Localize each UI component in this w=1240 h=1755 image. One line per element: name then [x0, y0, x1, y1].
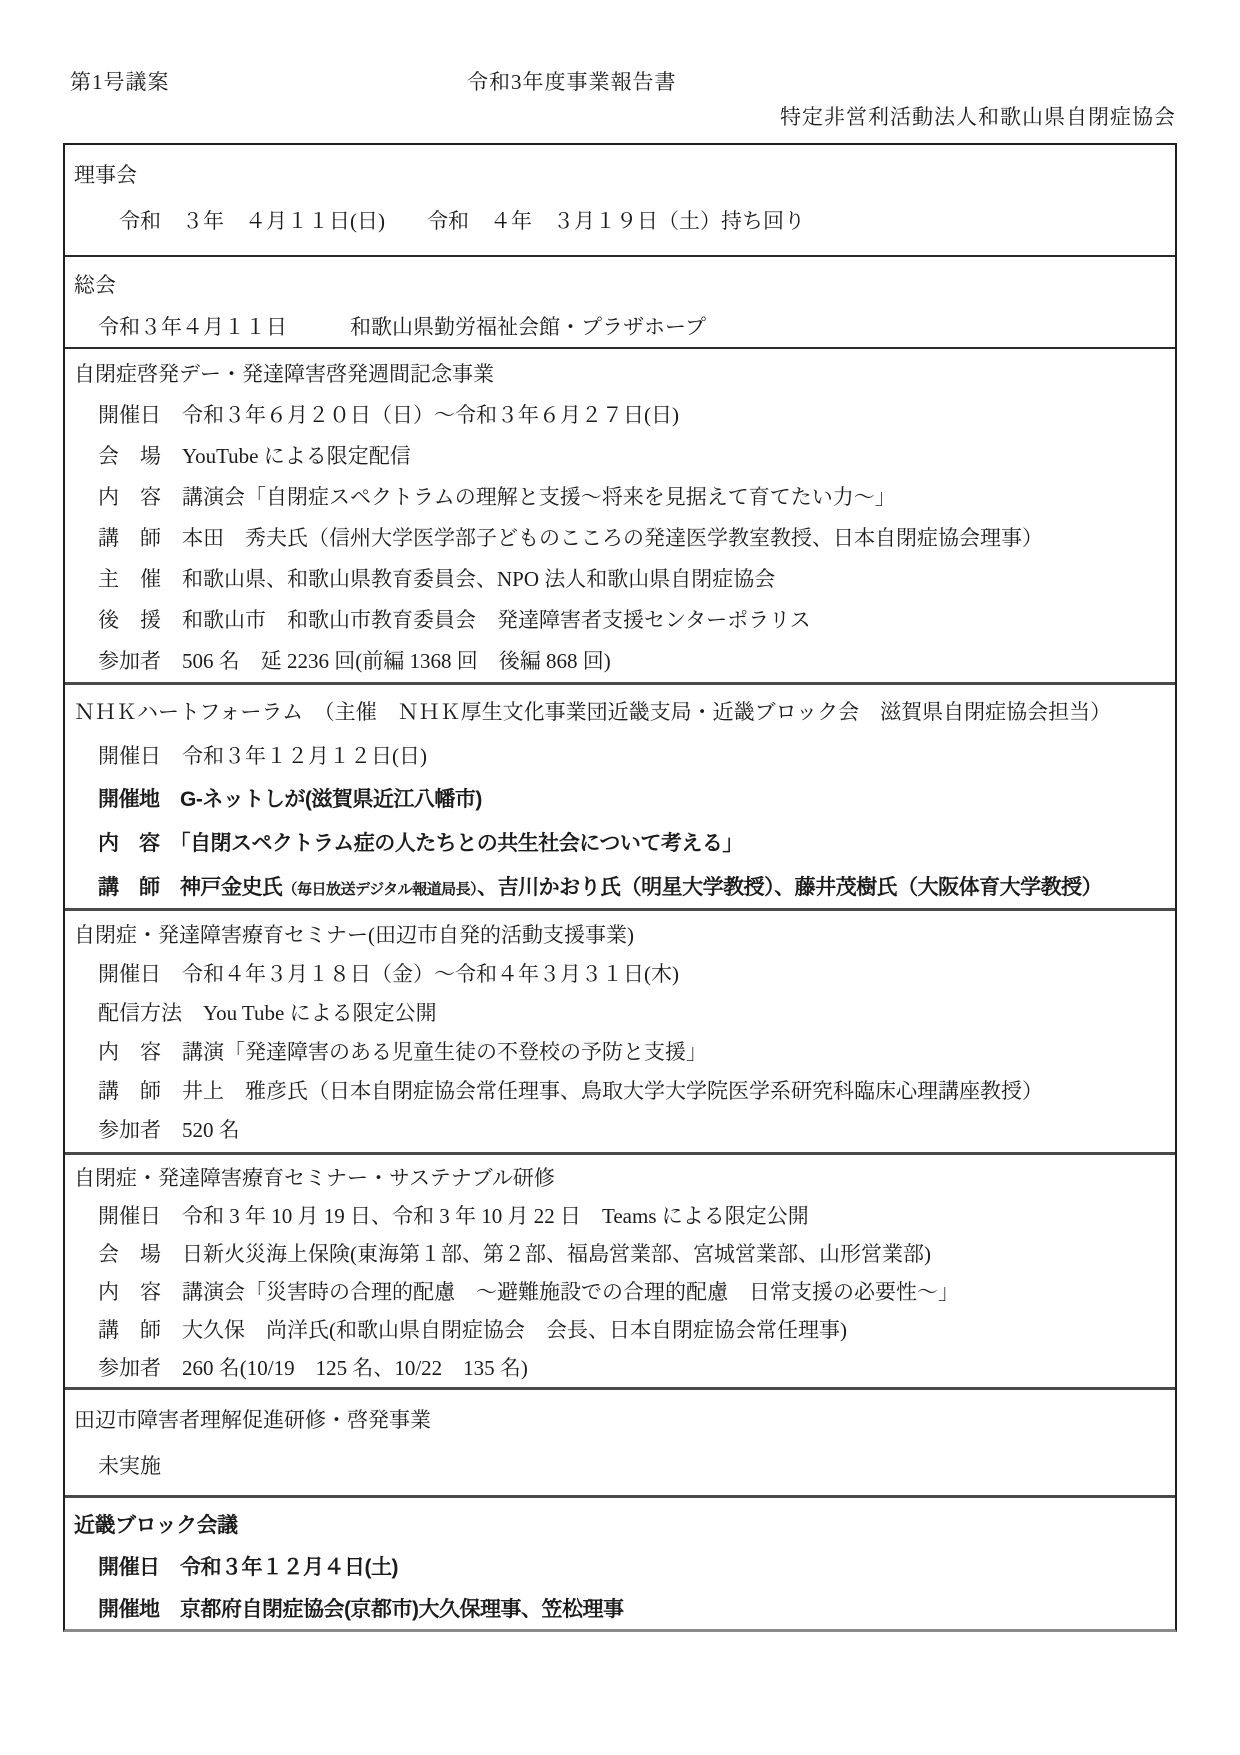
section-row: 令和３年４月１１日 和歌山県勤労福祉会館・プラザホープ — [74, 306, 1167, 347]
section-tanabe-awareness-program: 田辺市障害者理解促進研修・啓発事業未実施 — [65, 1387, 1175, 1495]
section-row: 参加者 520 名 — [74, 1111, 1167, 1150]
row-text: 開催日 令和３年６月２０日（日）～令和３年６月２７日(日) — [98, 403, 679, 427]
section-general-assembly: 総会令和３年４月１１日 和歌山県勤労福祉会館・プラザホープ — [65, 255, 1175, 347]
row-text: 内 容 講演会「自閉症スペクトラムの理解と支援～将来を見据えて育てたい力～」 — [98, 485, 896, 509]
section-title: 理事会 — [74, 152, 1167, 198]
section-row: 未実施 — [74, 1443, 1167, 1489]
row-text: 講 師 本田 秀夫氏（信州大学医学部子どものこころの発達医学教室教授、日本自閉症… — [98, 526, 1043, 550]
section-title: 総会 — [74, 264, 1167, 306]
row-text: 参加者 506 名 延 2236 回(前編 1368 回 後編 868 回) — [98, 649, 611, 673]
section-title: 自閉症・発達障害療育セミナー(田辺市自発的活動支援事業) — [74, 916, 1167, 955]
section-therapy-seminar-tanabe: 自閉症・発達障害療育セミナー(田辺市自発的活動支援事業)開催日 令和４年３月１８… — [65, 908, 1175, 1152]
section-row: 開催地 京都府自閉症協会(京都市)大久保理事、笠松理事 — [74, 1589, 1167, 1629]
section-row: 講 師 井上 雅彦氏（日本自閉症協会常任理事、鳥取大学大学院医学系研究科臨床心理… — [74, 1072, 1167, 1111]
document-header: 第1号議案 令和3年度事業報告書 特定非営利活動法人和歌山県自閉症協会 — [0, 0, 1240, 143]
row-text: 令和３年４月１１日 和歌山県勤労福祉会館・プラザホープ — [98, 315, 706, 339]
section-row: 配信方法 You Tube による限定公開 — [74, 994, 1167, 1033]
section-board-meeting: 理事会令和 ３年 ４月１１日(日) 令和 ４年 ３月１９日（土）持ち回り — [65, 145, 1175, 255]
row-text: 開催地 G-ネットしが(滋賀県近江八幡市) — [98, 788, 482, 811]
section-row: 内 容 「自閉スペクトラム症の人たちとの共生社会について考える」 — [74, 822, 1167, 866]
row-text: 主 催 和歌山県、和歌山県教育委員会、NPO 法人和歌山県自閉症協会 — [98, 567, 775, 591]
row-text: 講 師 井上 雅彦氏（日本自閉症協会常任理事、鳥取大学大学院医学系研究科臨床心理… — [98, 1079, 1043, 1103]
section-title: ＮＨＫハートフォーラム （主催 ＮＨＫ厚生文化事業団近畿支局・近畿ブロック会 滋… — [74, 690, 1167, 734]
section-row: 開催日 令和３年１２月４日(土) — [74, 1547, 1167, 1589]
row-text: 内 容 「自閉スペクトラム症の人たちとの共生社会について考える」 — [98, 832, 743, 855]
section-row: 内 容 講演会「自閉症スペクトラムの理解と支援～将来を見据えて育てたい力～」 — [74, 477, 1167, 518]
section-row: 参加者 506 名 延 2236 回(前編 1368 回 後編 868 回) — [74, 641, 1167, 682]
section-therapy-seminar-sustainable: 自閉症・発達障害療育セミナー・サステナブル研修開催日 令和 3 年 10 月 1… — [65, 1152, 1175, 1387]
row-text: 、吉川かおり氏（明星大学教授）、藤井茂樹氏（大阪体育大学教授） — [477, 876, 1102, 899]
section-row: 開催日 令和４年３月１８日（金）～令和４年３月３１日(木) — [74, 955, 1167, 994]
row-text: 内 容 講演会「災害時の合理的配慮 ～避難施設での合理的配慮 日常支援の必要性～… — [98, 1280, 959, 1304]
row-text: 開催日 令和４年３月１８日（金）～令和４年３月３１日(木) — [98, 962, 679, 986]
row-text: 開催日 令和３年１２月４日(土) — [98, 1556, 398, 1579]
section-row: 開催地 G-ネットしが(滋賀県近江八幡市) — [74, 778, 1167, 822]
row-text: 開催地 京都府自閉症協会(京都市)大久保理事、笠松理事 — [98, 1598, 623, 1621]
section-nhk-heart-forum: ＮＨＫハートフォーラム （主催 ＮＨＫ厚生文化事業団近畿支局・近畿ブロック会 滋… — [65, 682, 1175, 908]
proposal-number: 第1号議案 — [70, 66, 170, 96]
row-text: 講 師 大久保 尚洋氏(和歌山県自閉症協会 会長、日本自閉症協会常任理事) — [98, 1318, 847, 1342]
section-row: 令和 ３年 ４月１１日(日) 令和 ４年 ３月１９日（土）持ち回り — [74, 198, 1167, 244]
row-text: 会 場 YouTube による限定配信 — [98, 444, 411, 468]
row-text: 講 師 神戸金史氏 — [98, 876, 283, 899]
section-row: 会 場 YouTube による限定配信 — [74, 436, 1167, 477]
row-text-small: （毎日放送デジタル報道局長） — [283, 881, 478, 898]
report-table: 理事会令和 ３年 ４月１１日(日) 令和 ４年 ３月１９日（土）持ち回り総会令和… — [63, 143, 1177, 1632]
section-row: 主 催 和歌山県、和歌山県教育委員会、NPO 法人和歌山県自閉症協会 — [74, 559, 1167, 600]
section-row: 講 師 神戸金史氏（毎日放送デジタル報道局長）、吉川かおり氏（明星大学教授）、藤… — [74, 866, 1167, 908]
document-title: 令和3年度事業報告書 — [467, 66, 677, 96]
section-row: 参加者 260 名(10/19 125 名、10/22 135 名) — [74, 1349, 1167, 1387]
section-row: 内 容 講演「発達障害のある児童生徒の不登校の予防と支援」 — [74, 1033, 1167, 1072]
row-text: 未実施 — [98, 1454, 161, 1478]
section-autism-awareness-day-event: 自閉症啓発デー・発達障害啓発週間記念事業開催日 令和３年６月２０日（日）～令和３… — [65, 347, 1175, 682]
row-text: 開催日 令和 3 年 10 月 19 日、令和 3 年 10 月 22 日 Te… — [98, 1204, 809, 1228]
row-text: 参加者 520 名 — [98, 1118, 240, 1142]
section-title: 近畿ブロック会議 — [74, 1505, 1167, 1547]
document-page: 第1号議案 令和3年度事業報告書 特定非営利活動法人和歌山県自閉症協会 理事会令… — [0, 0, 1240, 1755]
section-title: 田辺市障害者理解促進研修・啓発事業 — [74, 1397, 1167, 1443]
row-text: 参加者 260 名(10/19 125 名、10/22 135 名) — [98, 1356, 528, 1380]
section-kinki-block-meeting: 近畿ブロック会議開催日 令和３年１２月４日(土)開催地 京都府自閉症協会(京都市… — [65, 1495, 1175, 1629]
section-row: 開催日 令和３年１２月１２日(日) — [74, 734, 1167, 778]
row-text: 会 場 日新火災海上保険(東海第１部、第２部、福島営業部、宮城営業部、山形営業部… — [98, 1242, 931, 1266]
section-row: 会 場 日新火災海上保険(東海第１部、第２部、福島営業部、宮城営業部、山形営業部… — [74, 1235, 1167, 1273]
section-row: 開催日 令和３年６月２０日（日）～令和３年６月２７日(日) — [74, 395, 1167, 436]
row-text: 開催日 令和３年１２月１２日(日) — [98, 744, 427, 768]
row-text: 内 容 講演「発達障害のある児童生徒の不登校の予防と支援」 — [98, 1040, 707, 1064]
row-text: 配信方法 You Tube による限定公開 — [98, 1001, 437, 1025]
row-text: 令和 ３年 ４月１１日(日) 令和 ４年 ３月１９日（土）持ち回り — [119, 209, 805, 233]
section-title: 自閉症啓発デー・発達障害啓発週間記念事業 — [74, 354, 1167, 395]
section-row: 内 容 講演会「災害時の合理的配慮 ～避難施設での合理的配慮 日常支援の必要性～… — [74, 1273, 1167, 1311]
organization-name: 特定非営利活動法人和歌山県自閉症協会 — [780, 101, 1176, 131]
section-row: 開催日 令和 3 年 10 月 19 日、令和 3 年 10 月 22 日 Te… — [74, 1197, 1167, 1235]
section-row: 講 師 本田 秀夫氏（信州大学医学部子どものこころの発達医学教室教授、日本自閉症… — [74, 518, 1167, 559]
section-title: 自閉症・発達障害療育セミナー・サステナブル研修 — [74, 1159, 1167, 1197]
row-text: 後 援 和歌山市 和歌山市教育委員会 発達障害者支援センターポラリス — [98, 608, 811, 632]
section-row: 講 師 大久保 尚洋氏(和歌山県自閉症協会 会長、日本自閉症協会常任理事) — [74, 1311, 1167, 1349]
section-row: 後 援 和歌山市 和歌山市教育委員会 発達障害者支援センターポラリス — [74, 600, 1167, 641]
